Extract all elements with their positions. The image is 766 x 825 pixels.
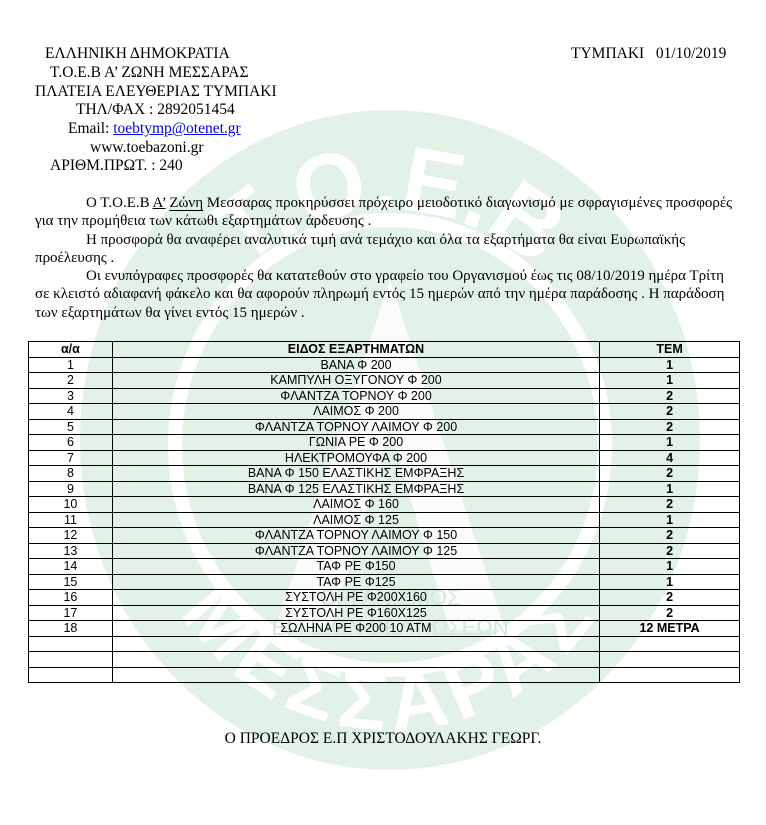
table-row: 13ΦΛΑΝΤΖΑ ΤΟΡΝΟΥ ΛΑΙΜΟΥ Φ 1252 — [29, 543, 740, 559]
announcement-body: Ο Τ.Ο.Ε.Β Α’ Ζώνη Μεσσαρας προκηρύσσει π… — [35, 194, 735, 322]
email-link[interactable]: toebtymp@otenet.gr — [113, 120, 240, 137]
letterhead-organization: Τ.Ο.Ε.Β Α’ ΖΩΝΗ ΜΕΣΣΑΡΑΣ — [50, 64, 249, 82]
cell-index: 16 — [29, 590, 113, 606]
cell-quantity: 2 — [600, 404, 740, 420]
place-date: ΤΥΜΠΑΚΙ 01/10/2019 — [571, 45, 726, 63]
cell-item: ΣΩΛΗΝΑ ΡΕ Φ200 10 ΑΤΜ — [112, 621, 599, 637]
cell-index: 7 — [29, 450, 113, 466]
cell-quantity: 2 — [600, 528, 740, 544]
signature-line: Ο ΠΡΟΕΔΡΟΣ Ε.Π ΧΡΙΣΤΟΔΟΥΛΑΚΗΣ ΓΕΩΡΓ. — [0, 730, 766, 748]
letterhead-address: ΠΛΑΤΕΙΑ ΕΛΕΥΘΕΡΙΑΣ ΤΥΜΠΑΚΙ — [35, 83, 277, 101]
cell-index: 11 — [29, 512, 113, 528]
cell-item: ΚΑΜΠΥΛΗ ΟΞΥΓΟΝΟΥ Φ 200 — [112, 373, 599, 389]
cell-quantity — [600, 652, 740, 668]
table-row: 17ΣΥΣΤΟΛΗ ΡΕ Φ160Χ1252 — [29, 605, 740, 621]
cell-index — [29, 652, 113, 668]
cell-index: 17 — [29, 605, 113, 621]
cell-index: 12 — [29, 528, 113, 544]
column-header-item-type: ΕΙΔΟΣ ΕΞΑΡΤΗΜΑΤΩΝ — [112, 342, 599, 358]
letterhead-country: ΕΛΛΗΝΙΚΗ ΔΗΜΟΚΡΑΤΙΑ — [45, 45, 230, 63]
cell-item — [112, 652, 599, 668]
column-header-index: α/α — [29, 342, 113, 358]
paragraph-1: Ο Τ.Ο.Ε.Β Α’ Ζώνη Μεσσαρας προκηρύσσει π… — [35, 194, 735, 231]
table-row: 18ΣΩΛΗΝΑ ΡΕ Φ200 10 ΑΤΜ12 ΜΕΤΡΑ — [29, 621, 740, 637]
cell-item: ΒΑΝΑ Φ 150 ΕΛΑΣΤΙΚΗΣ ΕΜΦΡΑΞΗΣ — [112, 466, 599, 482]
cell-index: 2 — [29, 373, 113, 389]
cell-quantity: 1 — [600, 512, 740, 528]
cell-item: ΦΛΑΝΤΖΑ ΤΟΡΝΟΥ ΛΑΙΜΟΥ Φ 125 — [112, 543, 599, 559]
cell-index: 9 — [29, 481, 113, 497]
cell-item: ΦΛΑΝΤΖΑ ΤΟΡΝΟΥ ΛΑΙΜΟΥ Φ 150 — [112, 528, 599, 544]
table-header-row: α/α ΕΙΔΟΣ ΕΞΑΡΤΗΜΑΤΩΝ ΤΕΜ — [29, 342, 740, 358]
table-row: 10ΛΑΙΜΟΣ Φ 1602 — [29, 497, 740, 513]
place: ΤΥΜΠΑΚΙ — [571, 45, 644, 62]
cell-quantity: 2 — [600, 590, 740, 606]
table-row: 2ΚΑΜΠΥΛΗ ΟΞΥΓΟΝΟΥ Φ 2001 — [29, 373, 740, 389]
letterhead-protocol-number: ΑΡΙΘΜ.ΠΡΩΤ. : 240 — [50, 157, 183, 175]
cell-item: ΣΥΣΤΟΛΗ ΡΕ Φ160Χ125 — [112, 605, 599, 621]
table-row: 5ΦΛΑΝΤΖΑ ΤΟΡΝΟΥ ΛΑΙΜΟΥ Φ 2002 — [29, 419, 740, 435]
date: 01/10/2019 — [656, 45, 727, 62]
table-row: 16ΣΥΣΤΟΛΗ ΡΕ Φ200Χ1602 — [29, 590, 740, 606]
cell-item: ΛΑΙΜΟΣ Φ 160 — [112, 497, 599, 513]
cell-index: 5 — [29, 419, 113, 435]
paragraph-2: Η προσφορά θα αναφέρει αναλυτικά τιμή αν… — [35, 231, 735, 268]
cell-item — [112, 636, 599, 652]
cell-quantity: 2 — [600, 543, 740, 559]
letterhead-email-line: Email: toebtymp@otenet.gr — [68, 120, 241, 138]
cell-item: ΒΑΝΑ Φ 125 ΕΛΑΣΤΙΚΗΣ ΕΜΦΡΑΞΗΣ — [112, 481, 599, 497]
table-row: 3ΦΛΑΝΤΖΑ ΤΟΡΝΟΥ Φ 2002 — [29, 388, 740, 404]
cell-index: 1 — [29, 357, 113, 373]
cell-item: ΣΥΣΤΟΛΗ ΡΕ Φ200Χ160 — [112, 590, 599, 606]
table-row: 6ΓΩΝΙΑ ΡΕ Φ 2001 — [29, 435, 740, 451]
cell-item: ΛΑΙΜΟΣ Φ 200 — [112, 404, 599, 420]
cell-item: ΦΛΑΝΤΖΑ ΤΟΡΝΟΥ Φ 200 — [112, 388, 599, 404]
cell-item: ΓΩΝΙΑ ΡΕ Φ 200 — [112, 435, 599, 451]
column-header-quantity: ΤΕΜ — [600, 342, 740, 358]
cell-item — [112, 667, 599, 683]
cell-quantity: 2 — [600, 388, 740, 404]
table-row: 1ΒΑΝΑ Φ 2001 — [29, 357, 740, 373]
cell-index: 3 — [29, 388, 113, 404]
cell-quantity: 1 — [600, 481, 740, 497]
items-table: α/α ΕΙΔΟΣ ΕΞΑΡΤΗΜΑΤΩΝ ΤΕΜ 1ΒΑΝΑ Φ 20012Κ… — [28, 341, 740, 683]
cell-index: 8 — [29, 466, 113, 482]
letterhead-website: www.toebazoni.gr — [90, 139, 204, 157]
cell-quantity — [600, 636, 740, 652]
cell-item: ΦΛΑΝΤΖΑ ΤΟΡΝΟΥ ΛΑΙΜΟΥ Φ 200 — [112, 419, 599, 435]
table-row: 8ΒΑΝΑ Φ 150 ΕΛΑΣΤΙΚΗΣ ΕΜΦΡΑΞΗΣ2 — [29, 466, 740, 482]
cell-item: ΗΛΕΚΤΡΟΜΟΥΦΑ Φ 200 — [112, 450, 599, 466]
table-row — [29, 667, 740, 683]
cell-quantity: 1 — [600, 435, 740, 451]
cell-quantity: 1 — [600, 574, 740, 590]
cell-quantity: 12 ΜΕΤΡΑ — [600, 621, 740, 637]
cell-index: 4 — [29, 404, 113, 420]
table-row: 15ΤΑΦ ΡΕ Φ1251 — [29, 574, 740, 590]
cell-quantity: 2 — [600, 497, 740, 513]
cell-quantity: 1 — [600, 373, 740, 389]
cell-quantity: 1 — [600, 559, 740, 575]
cell-index: 13 — [29, 543, 113, 559]
cell-index — [29, 667, 113, 683]
cell-index: 6 — [29, 435, 113, 451]
table-row: 9ΒΑΝΑ Φ 125 ΕΛΑΣΤΙΚΗΣ ΕΜΦΡΑΞΗΣ1 — [29, 481, 740, 497]
cell-quantity: 2 — [600, 605, 740, 621]
cell-index: 18 — [29, 621, 113, 637]
table-row: 4ΛΑΙΜΟΣ Φ 2002 — [29, 404, 740, 420]
cell-index: 15 — [29, 574, 113, 590]
cell-quantity: 2 — [600, 466, 740, 482]
cell-quantity: 4 — [600, 450, 740, 466]
paragraph-3: Οι ενυπόγραφες προσφορές θα κατατεθούν σ… — [35, 267, 735, 322]
cell-item: ΛΑΙΜΟΣ Φ 125 — [112, 512, 599, 528]
table-row — [29, 652, 740, 668]
email-label: Email: — [68, 120, 109, 137]
table-row: 7ΗΛΕΚΤΡΟΜΟΥΦΑ Φ 2004 — [29, 450, 740, 466]
table-row: 14ΤΑΦ ΡΕ Φ1501 — [29, 559, 740, 575]
table-row: 11ΛΑΙΜΟΣ Φ 1251 — [29, 512, 740, 528]
table-row: 12ΦΛΑΝΤΖΑ ΤΟΡΝΟΥ ΛΑΙΜΟΥ Φ 1502 — [29, 528, 740, 544]
table-row — [29, 636, 740, 652]
cell-quantity — [600, 667, 740, 683]
cell-index: 10 — [29, 497, 113, 513]
cell-item: ΤΑΦ ΡΕ Φ150 — [112, 559, 599, 575]
cell-quantity: 1 — [600, 357, 740, 373]
cell-index — [29, 636, 113, 652]
cell-item: ΒΑΝΑ Φ 200 — [112, 357, 599, 373]
letterhead-phone: ΤΗΛ/ΦΑΧ : 2892051454 — [76, 101, 235, 119]
cell-quantity: 2 — [600, 419, 740, 435]
cell-index: 14 — [29, 559, 113, 575]
cell-item: ΤΑΦ ΡΕ Φ125 — [112, 574, 599, 590]
